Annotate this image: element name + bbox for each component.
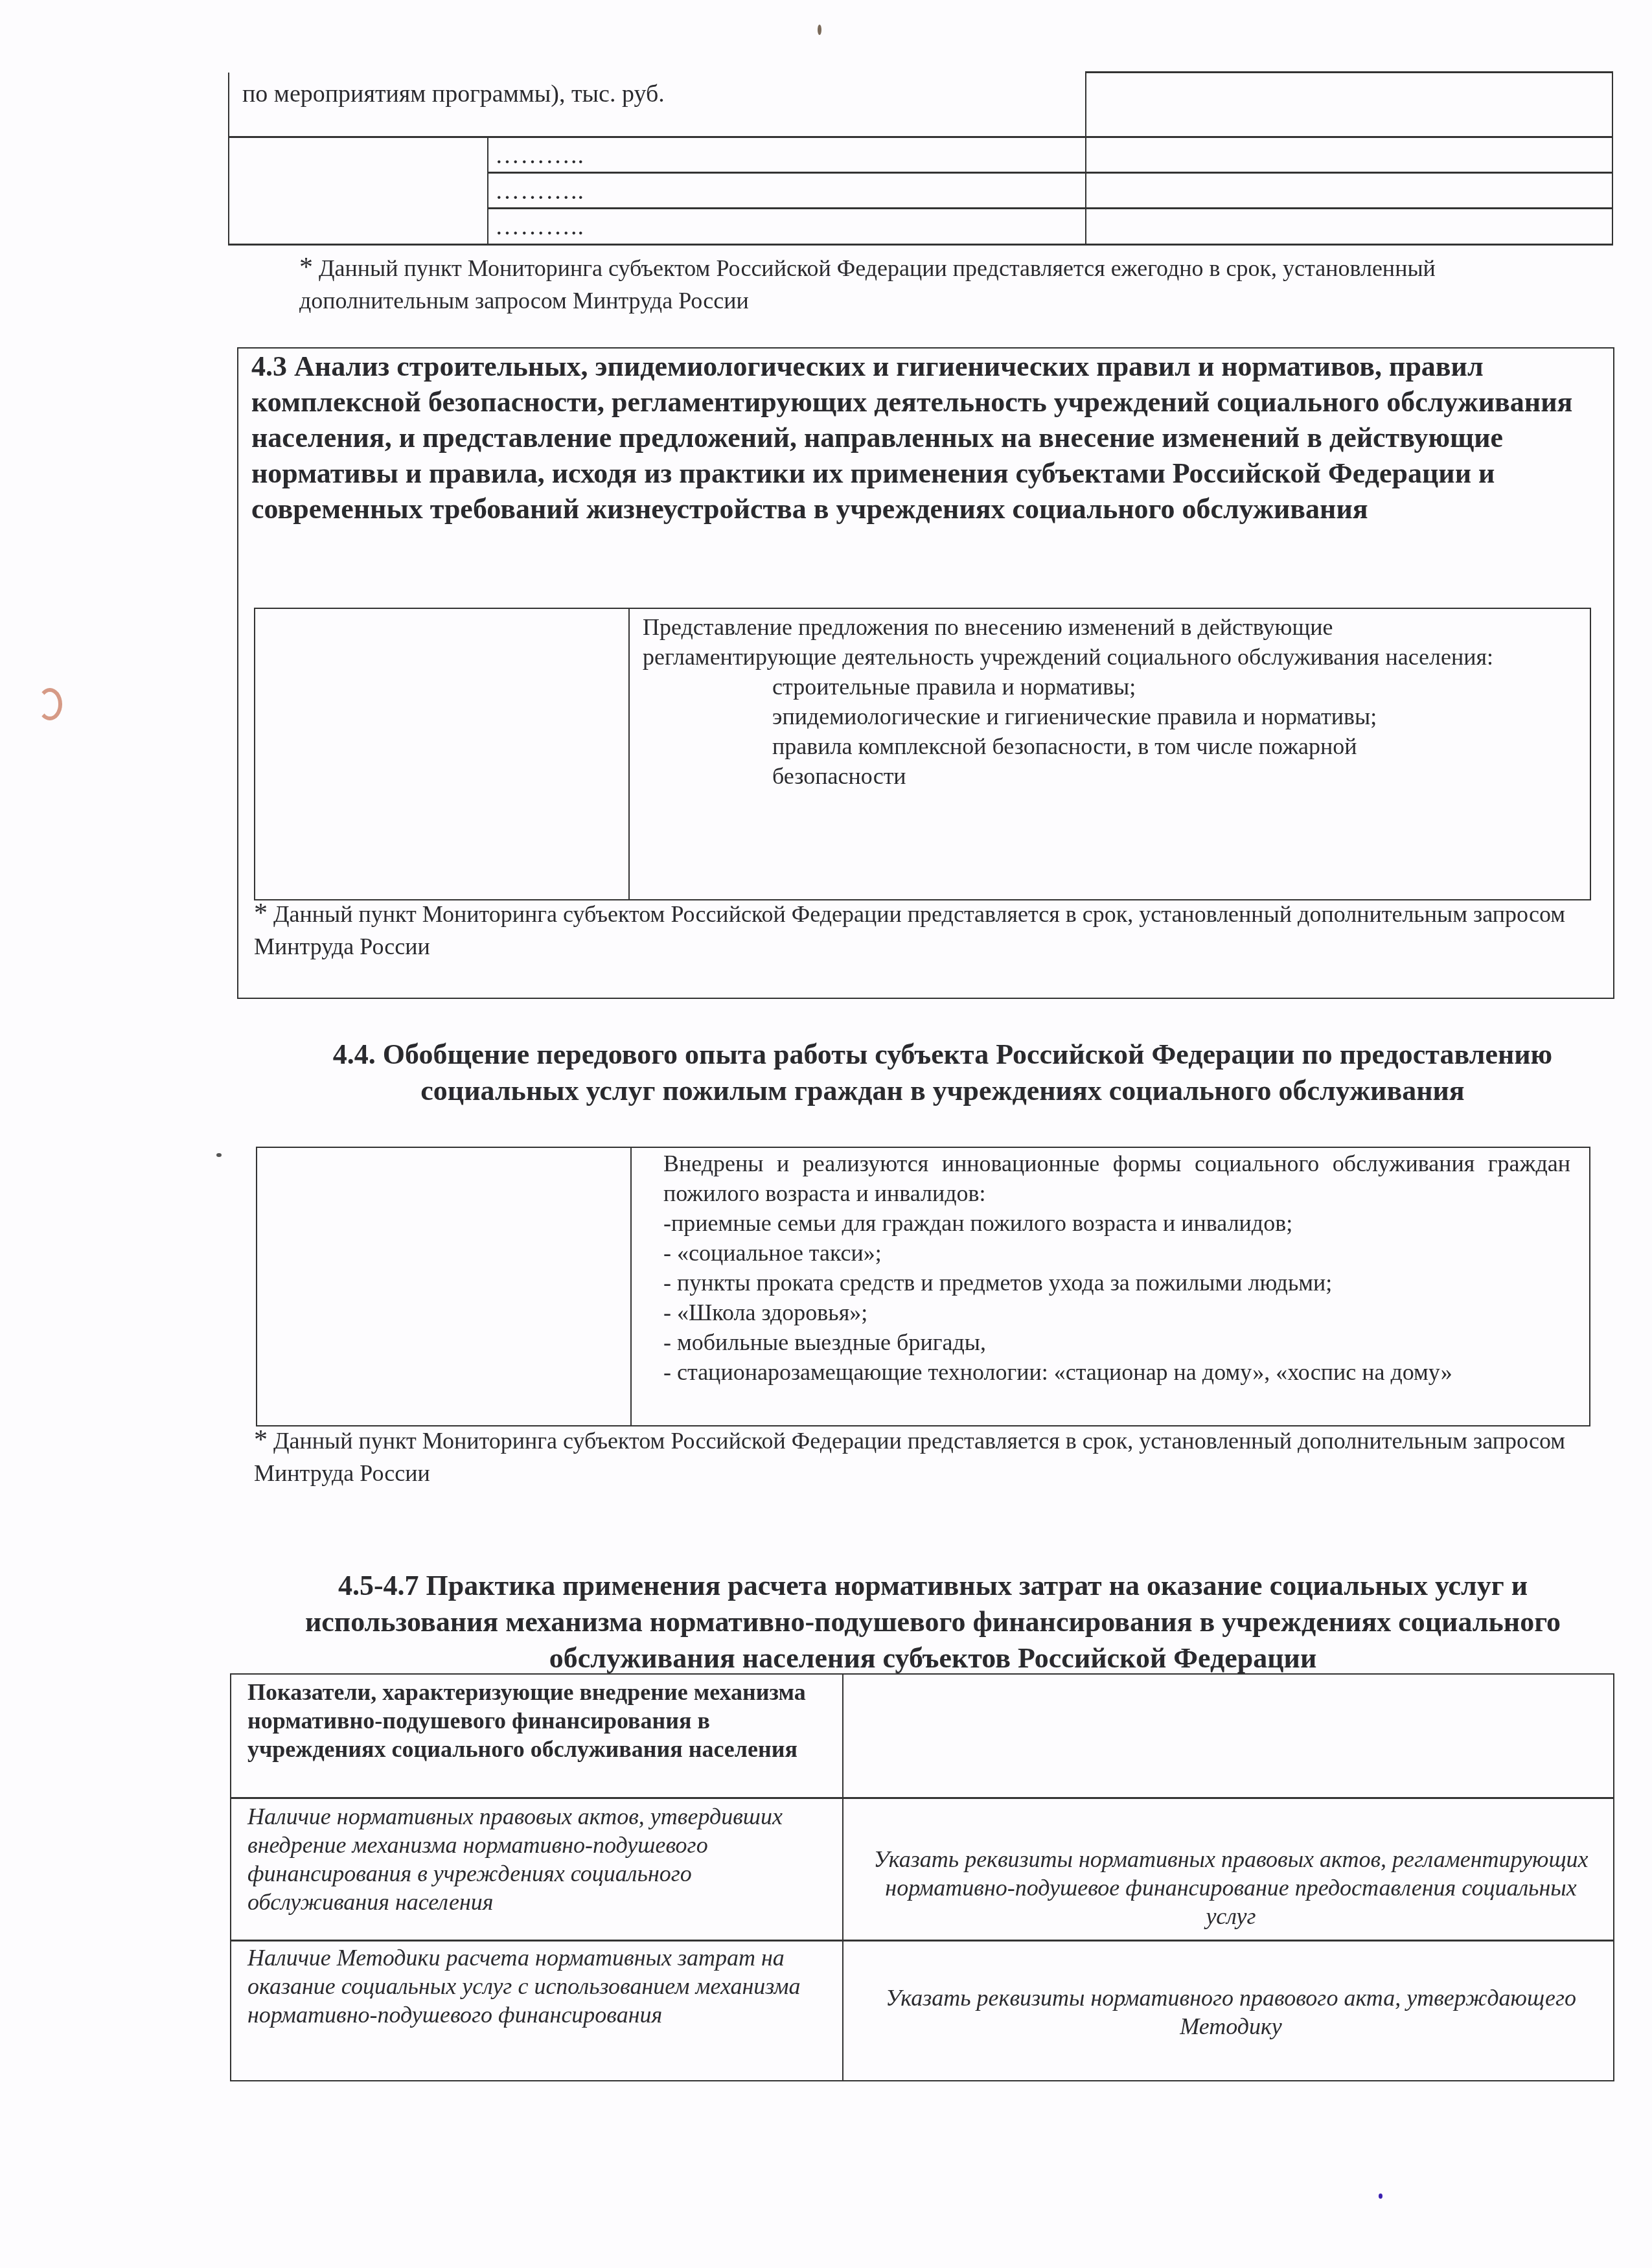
section-4-3-proposal: Представление предложения по внесению из… <box>643 612 1576 791</box>
table-header-indicator: Показатели, характеризующие внедрение ме… <box>247 1678 831 1763</box>
value-input-cell[interactable] <box>1086 73 1611 135</box>
value-input-cell[interactable] <box>1086 138 1611 171</box>
asterisk-icon: * <box>254 899 268 928</box>
table-header-value-cell[interactable] <box>843 1675 1613 1796</box>
table-label-cell: по мероприятиям программы), тыс. руб. <box>242 79 1072 109</box>
section-4-3-title: 4.3 Анализ строительных, эпидемиологичес… <box>251 349 1599 527</box>
proposal-item: эпидемиологические и гигиенические прави… <box>643 702 1576 731</box>
table-row-item: ……….. <box>495 212 584 241</box>
section-4-4-title: 4.4. Обобщение передового опыта работы с… <box>311 1037 1574 1109</box>
table-border <box>230 1940 1614 1942</box>
table-border <box>628 608 630 900</box>
region-input-cell[interactable] <box>255 609 628 899</box>
proposal-intro: Представление предложения по внесению из… <box>643 612 1576 672</box>
practice-item: - «социальное такси»; <box>663 1238 1570 1268</box>
table-border <box>228 73 229 245</box>
table-row-indicator: Наличие нормативных правовых актов, утве… <box>247 1802 831 1916</box>
asterisk-icon: * <box>254 1425 268 1455</box>
practices-intro: Внедрены и реализуются инновационные фор… <box>663 1149 1570 1208</box>
section-4-4-practices: Внедрены и реализуются инновационные фор… <box>663 1149 1570 1387</box>
table-row-item: ……….. <box>495 141 584 170</box>
practice-item: -приемные семьи для граждан пожилого воз… <box>663 1208 1570 1238</box>
region-input-cell[interactable] <box>257 1148 630 1425</box>
proposal-item: правила комплексной безопасности, в том … <box>643 731 1576 791</box>
table-row-value[interactable]: Указать реквизиты нормативного правового… <box>862 1984 1600 2041</box>
practice-item: - мобильные выездные бригады, <box>663 1327 1570 1357</box>
asterisk-icon: * <box>299 253 313 282</box>
value-input-cell[interactable] <box>1086 174 1611 207</box>
proposal-item: строительные правила и нормативы; <box>643 672 1576 702</box>
footnote: * Данный пункт Мониторинга субъектом Рос… <box>299 251 1530 317</box>
table-border <box>1612 71 1613 245</box>
footnote: * Данный пункт Мониторинга субъектом Рос… <box>254 897 1589 963</box>
table-row-indicator: Наличие Методики расчета нормативных зат… <box>247 1943 831 2029</box>
practice-item: - «Школа здоровья»; <box>663 1298 1570 1327</box>
section-4-5-title: 4.5-4.7 Практика применения расчета норм… <box>256 1568 1610 1677</box>
scan-speck <box>818 25 821 35</box>
table-row-value[interactable]: Указать реквизиты нормативных правовых а… <box>862 1845 1600 1930</box>
scan-speck <box>216 1153 222 1157</box>
footnote: * Данный пункт Мониторинга субъектом Рос… <box>254 1424 1589 1489</box>
practice-item: - пункты проката средств и предметов ухо… <box>663 1268 1570 1298</box>
scan-speck <box>38 688 62 720</box>
value-input-cell[interactable] <box>1086 209 1611 243</box>
table-border <box>228 244 1613 246</box>
table-border <box>487 136 488 245</box>
table-row-item: ……….. <box>495 177 584 205</box>
table-border <box>230 1797 1614 1799</box>
practice-item: - стационарозамещающие технологии: «стац… <box>663 1357 1570 1387</box>
table-border <box>630 1147 632 1426</box>
scan-speck <box>1379 2194 1382 2199</box>
